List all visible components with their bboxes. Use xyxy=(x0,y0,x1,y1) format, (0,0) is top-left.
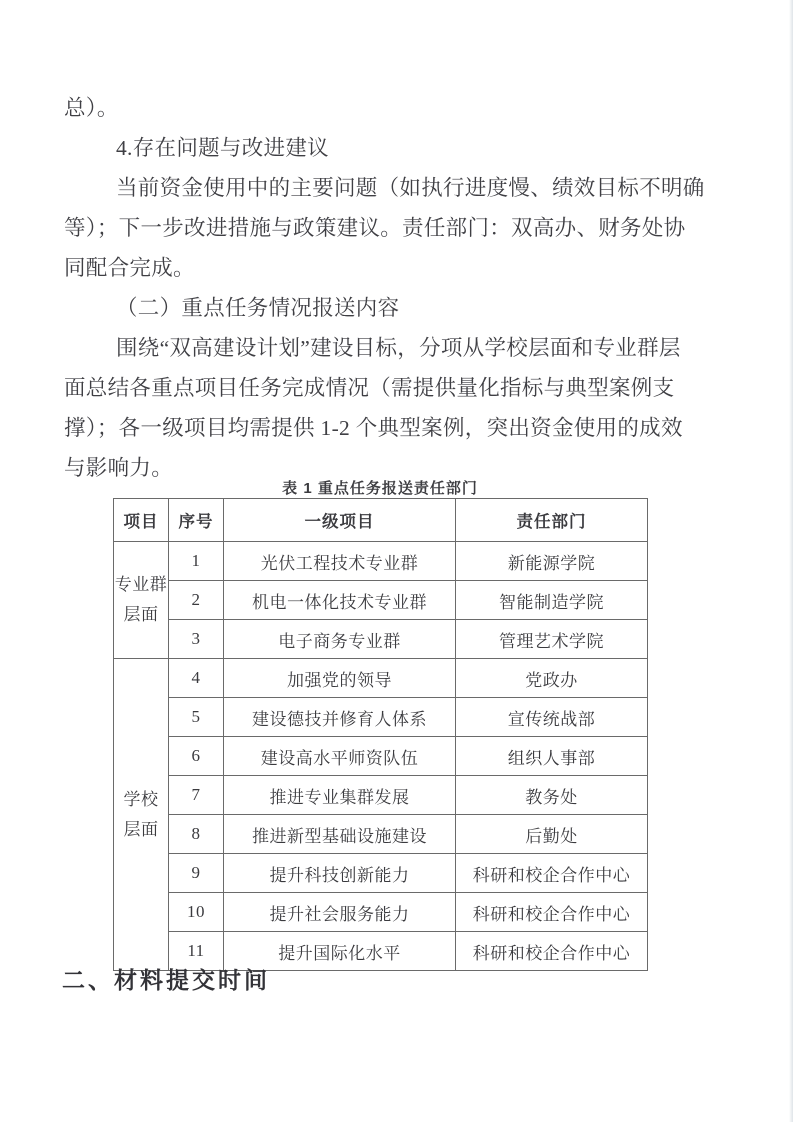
table-row: 7 推进专业集群发展 教务处 xyxy=(114,776,648,815)
table-row: 学校 层面 4 加强党的领导 党政办 xyxy=(114,659,648,698)
cell-dept: 科研和校企合作中心 xyxy=(456,854,648,893)
cell-project: 推进新型基础设施建设 xyxy=(224,815,456,854)
body-line: 面总结各重点项目任务完成情况（需提供量化指标与典型案例支 xyxy=(64,368,744,408)
cell-dept: 教务处 xyxy=(456,776,648,815)
table-caption: 表 1 重点任务报送责任部门 xyxy=(113,477,647,498)
group-label-line: 专业群 xyxy=(114,570,168,600)
cell-project: 提升科技创新能力 xyxy=(224,854,456,893)
cell-serial: 5 xyxy=(169,698,224,737)
group-cell-school: 学校 层面 xyxy=(114,659,169,971)
cell-project: 加强党的领导 xyxy=(224,659,456,698)
cell-project: 建设德技并修育人体系 xyxy=(224,698,456,737)
body-line: 总）。 xyxy=(64,88,744,128)
scan-edge-shadow xyxy=(789,0,793,1122)
body-paragraphs: 总）。 4.存在问题与改进建议 当前资金使用中的主要问题（如执行进度慢、绩效目标… xyxy=(64,88,744,488)
cell-serial: 7 xyxy=(169,776,224,815)
cell-serial: 10 xyxy=(169,893,224,932)
cell-dept: 智能制造学院 xyxy=(456,581,648,620)
header-level1-project: 一级项目 xyxy=(224,499,456,542)
body-line: 围绕“双高建设计划”建设目标，分项从学校层面和专业群层 xyxy=(64,328,744,368)
cell-project: 建设高水平师资队伍 xyxy=(224,737,456,776)
body-line: 等）；下一步改进措施与政策建议。责任部门：双高办、财务处协 xyxy=(64,208,744,248)
cell-dept: 党政办 xyxy=(456,659,648,698)
cell-dept: 科研和校企合作中心 xyxy=(456,932,648,971)
cell-serial: 4 xyxy=(169,659,224,698)
table-row: 2 机电一体化技术专业群 智能制造学院 xyxy=(114,581,648,620)
cell-serial: 1 xyxy=(169,542,224,581)
header-project-group: 项目 xyxy=(114,499,169,542)
group-label-line: 层面 xyxy=(114,815,168,845)
cell-project: 电子商务专业群 xyxy=(224,620,456,659)
header-responsible-dept: 责任部门 xyxy=(456,499,648,542)
cell-dept: 新能源学院 xyxy=(456,542,648,581)
table-row: 8 推进新型基础设施建设 后勤处 xyxy=(114,815,648,854)
cell-serial: 3 xyxy=(169,620,224,659)
cell-project: 光伏工程技术专业群 xyxy=(224,542,456,581)
cell-serial: 2 xyxy=(169,581,224,620)
table-row: 5 建设德技并修育人体系 宣传统战部 xyxy=(114,698,648,737)
group-cell-specialty: 专业群 层面 xyxy=(114,542,169,659)
cell-dept: 宣传统战部 xyxy=(456,698,648,737)
cell-project: 提升社会服务能力 xyxy=(224,893,456,932)
table-row: 专业群 层面 1 光伏工程技术专业群 新能源学院 xyxy=(114,542,648,581)
table-row: 3 电子商务专业群 管理艺术学院 xyxy=(114,620,648,659)
cell-project: 推进专业集群发展 xyxy=(224,776,456,815)
table-row: 6 建设高水平师资队伍 组织人事部 xyxy=(114,737,648,776)
cell-dept: 组织人事部 xyxy=(456,737,648,776)
body-line: 同配合完成。 xyxy=(64,248,744,288)
cell-serial: 8 xyxy=(169,815,224,854)
table-row: 9 提升科技创新能力 科研和校企合作中心 xyxy=(114,854,648,893)
cell-dept: 后勤处 xyxy=(456,815,648,854)
document-page: 总）。 4.存在问题与改进建议 当前资金使用中的主要问题（如执行进度慢、绩效目标… xyxy=(0,0,793,1122)
table-header-row: 项目 序号 一级项目 责任部门 xyxy=(114,499,648,542)
header-serial: 序号 xyxy=(169,499,224,542)
responsibility-table: 项目 序号 一级项目 责任部门 专业群 层面 1 光伏工程技术专业群 新能源学院… xyxy=(113,498,648,971)
table-row: 10 提升社会服务能力 科研和校企合作中心 xyxy=(114,893,648,932)
group-label-line: 层面 xyxy=(114,600,168,630)
group-label-line: 学校 xyxy=(114,785,168,815)
cell-project: 机电一体化技术专业群 xyxy=(224,581,456,620)
body-line: （二）重点任务情况报送内容 xyxy=(64,288,744,328)
cell-dept: 管理艺术学院 xyxy=(456,620,648,659)
body-line: 4.存在问题与改进建议 xyxy=(64,128,744,168)
cell-dept: 科研和校企合作中心 xyxy=(456,893,648,932)
cell-serial: 6 xyxy=(169,737,224,776)
cell-serial: 9 xyxy=(169,854,224,893)
body-line: 当前资金使用中的主要问题（如执行进度慢、绩效目标不明确 xyxy=(64,168,744,208)
section-heading: 二、材料提交时间 xyxy=(62,962,270,995)
body-line: 撑）；各一级项目均需提供 1-2 个典型案例，突出资金使用的成效 xyxy=(64,408,744,448)
